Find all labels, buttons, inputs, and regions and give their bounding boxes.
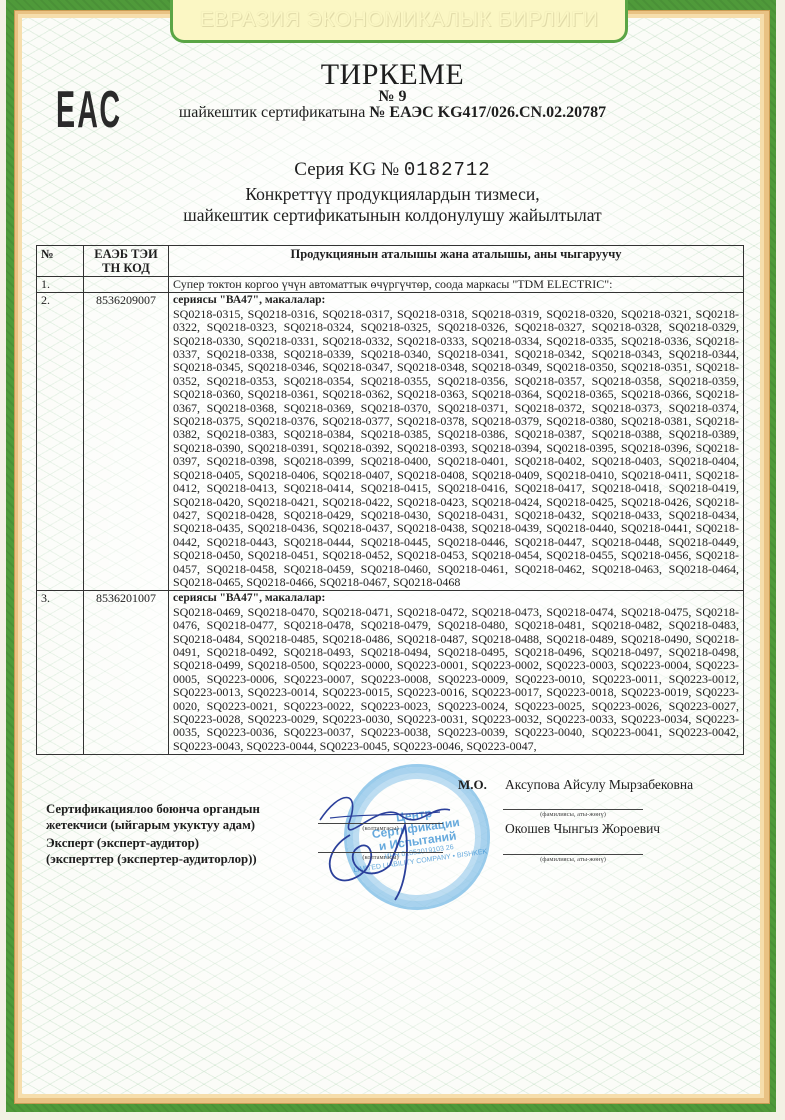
signature-caption-expert: (колтамгасы) xyxy=(318,854,443,861)
signature-line-head xyxy=(318,823,443,824)
products-table: № ЕАЭБ ТЭИ ТН КОД Продукциянын аталышы ж… xyxy=(36,245,744,755)
cert-number: № ЕАЭС KG417/026.CN.02.20787 xyxy=(369,104,606,121)
banner-text: ЕВРАЗИЯ ЭКОНОМИКАЛЫК БИРЛИГИ xyxy=(200,8,599,32)
name-caption-expert: (фамилиясы, аты-жөнү) xyxy=(503,856,643,863)
row-code: 8536201007 xyxy=(84,591,169,755)
table-row: 3. 8536201007 сериясы "ВА47", макалалар:… xyxy=(37,591,744,755)
table-header-row: № ЕАЭБ ТЭИ ТН КОД Продукциянын аталышы ж… xyxy=(37,246,744,277)
row-models: SQ0218-0315, SQ0218-0316, SQ0218-0317, S… xyxy=(173,308,739,590)
table-row: 1. Супер токтон коргоо үчүн автоматтык ө… xyxy=(37,277,744,293)
subtitle: Конкреттүү продукциялардын тизмеси, шайк… xyxy=(0,184,785,226)
seal-label: М.О. xyxy=(458,777,487,793)
header-code: ЕАЭБ ТЭИ ТН КОД xyxy=(84,246,169,277)
subtitle-line-1: Конкреттүү продукциялардын тизмеси, xyxy=(0,184,785,205)
row-description: Супер токтон коргоо үчүн автоматтык өчүр… xyxy=(169,277,744,293)
expert-name: Окошев Чынгыз Жороевич xyxy=(505,821,660,837)
row-code xyxy=(84,277,169,293)
row-models: SQ0218-0469, SQ0218-0470, SQ0218-0471, S… xyxy=(173,606,739,753)
header-code-line-1: ЕАЭБ ТЭИ xyxy=(88,247,164,261)
expert-label-line-1: Эксперт (эксперт-аудитор) xyxy=(46,835,257,851)
series-line: Серия KG № 0182712 xyxy=(0,159,785,181)
cert-prefix: шайкештик сертификатына xyxy=(179,104,369,121)
header-code-line-2: ТН КОД xyxy=(88,261,164,275)
row-description: сериясы "ВА47", макалалар: SQ0218-0315, … xyxy=(169,293,744,591)
series-number: 0182712 xyxy=(404,159,491,181)
header-name: Продукциянын аталышы жана аталышы, аны ч… xyxy=(169,246,744,277)
subtitle-line-2: шайкештик сертификатынын колдонулушу жай… xyxy=(0,205,785,226)
head-label-line-2: жетекчиси (ыйгарым укуктуу адам) xyxy=(46,817,260,833)
name-line-expert xyxy=(503,854,643,855)
signature-line-expert xyxy=(318,852,443,853)
name-caption-head: (фамилиясы, аты-жөнү) xyxy=(503,811,643,818)
head-label-line-1: Сертификациялоо боюнча органдын xyxy=(46,801,260,817)
row-no: 1. xyxy=(37,277,84,293)
table-row: 2. 8536209007 сериясы "ВА47", макалалар:… xyxy=(37,293,744,591)
row-series: сериясы "ВА47", макалалар: xyxy=(173,294,739,307)
series-label: Серия KG № xyxy=(294,159,404,180)
certificate-reference: шайкештик сертификатына № ЕАЭС KG417/026… xyxy=(0,104,785,122)
header-banner: ЕВРАЗИЯ ЭКОНОМИКАЛЫК БИРЛИГИ xyxy=(170,0,628,43)
name-line-head xyxy=(503,809,643,810)
row-description: сериясы "ВА47", макалалар: SQ0218-0469, … xyxy=(169,591,744,755)
row-series: сериясы "ВА47", макалалар: xyxy=(173,592,739,605)
expert-label: Эксперт (эксперт-аудитор) (эксперттер (э… xyxy=(46,835,257,867)
head-label: Сертификациялоо боюнча органдын жетекчис… xyxy=(46,801,260,833)
document-title: ТИРКЕМЕ xyxy=(0,58,785,92)
row-no: 3. xyxy=(37,591,84,755)
head-name: Аксупова Айсулу Мырзабековна xyxy=(505,777,693,793)
expert-label-line-2: (эксперттер (экспертер-аудиторлор)) xyxy=(46,851,257,867)
row-code: 8536209007 xyxy=(84,293,169,591)
header-no: № xyxy=(37,246,84,277)
signature-caption-head: (колтамгасы) xyxy=(318,825,443,832)
row-no: 2. xyxy=(37,293,84,591)
